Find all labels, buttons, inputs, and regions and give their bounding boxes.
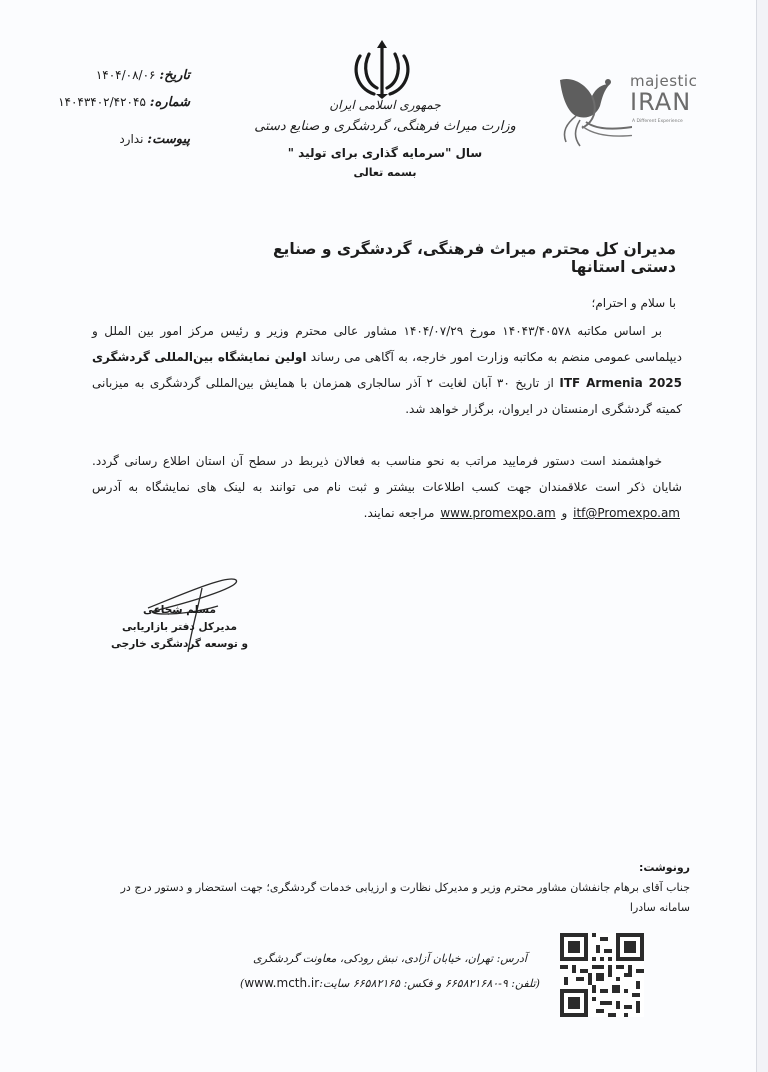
footer: آدرس: تهران، خیابان آزادی، نبش رودکی، مع… [240, 948, 540, 997]
paragraph2-part1: خواهشمند است دستور فرمایید مراتب به نحو … [92, 454, 682, 494]
year-slogan: سال "سرمایه گذاری برای تولید " [250, 142, 520, 164]
cc-section: رونوشت: جناب آقای برهام جانفشان مشاور مح… [90, 858, 690, 918]
website-link[interactable]: www.promexpo.am [438, 506, 557, 520]
number-label: شماره: [150, 95, 190, 110]
logo-tagline: A Different Experience [632, 119, 683, 124]
cc-title: رونوشت: [90, 858, 690, 878]
attachment-row: پیوست: ندارد [20, 126, 190, 153]
date-row: تاریخ: ۱۴۰۴/۰۸/۰۶ [20, 62, 190, 89]
number-value: ۱۴۰۴۳۴۰۲/۴۲۰۴۵ [58, 95, 146, 109]
letter-page: تاریخ: ۱۴۰۴/۰۸/۰۶ شماره: ۱۴۰۴۳۴۰۲/۴۲۰۴۵ … [0, 0, 757, 1072]
phoenix-bird-logo-icon [552, 70, 632, 150]
footer-phone-fax: (تلفن: ۹-۶۶۵۸۲۱۶۸۰ و فکس: ۶۶۵۸۲۱۶۵ سایت: [319, 977, 540, 990]
footer-site-link[interactable]: www.mcth.ir [244, 976, 319, 990]
paragraph2-part2: مراجعه نمایند. [364, 506, 435, 520]
number-row: شماره: ۱۴۰۴۳۴۰۲/۴۲۰۴۵ [20, 89, 190, 116]
paragraph2-conjunction: و [562, 506, 568, 520]
ministry-name: وزارت میراث فرهنگی، گردشگری و صنایع دستی [250, 114, 520, 140]
scan-edge [757, 0, 768, 1072]
logo-line2: IRAN [630, 88, 691, 116]
signatory: مسلم شجاعی مدیرکل دفتر بازاریابی و توسعه… [111, 602, 248, 653]
footer-contact: (تلفن: ۹-۶۶۵۸۲۱۶۸۰ و فکس: ۶۶۵۸۲۱۶۵ سایت:… [240, 970, 540, 997]
email-link[interactable]: itf@Promexpo.am [571, 506, 682, 520]
attachment-value: ندارد [119, 132, 143, 146]
signatory-name: مسلم شجاعی [111, 602, 248, 619]
footer-address: آدرس: تهران، خیابان آزادی، نبش رودکی، مع… [240, 948, 540, 970]
ministry-heading: جمهوری اسلامی ایران وزارت میراث فرهنگی، … [250, 96, 520, 182]
date-label: تاریخ: [159, 68, 190, 83]
qr-code-icon [560, 933, 644, 1017]
date-value: ۱۴۰۴/۰۸/۰۶ [96, 68, 156, 82]
signatory-title-2: و توسعه گردشگری خارجی [111, 636, 248, 653]
body-paragraph-1: بر اساس مکاتبه ۱۴۰۴۳/۴۰۵۷۸ مورخ ۱۴۰۴/۰۷/… [92, 318, 682, 422]
attachment-label: پیوست: [147, 132, 190, 147]
greeting: با سلام و احترام؛ [400, 296, 676, 310]
signature-block: مسلم شجاعی مدیرکل دفتر بازاریابی و توسعه… [118, 568, 258, 658]
majestic-iran-logo: majestic IRAN A Different Experience [560, 70, 700, 150]
event-name: ITF Armenia 2025 [559, 376, 682, 390]
paragraph1-bold: اولین نمایشگاه بین‌المللی گردشگری [92, 350, 307, 364]
addressee: مدیران کل محترم میراث فرهنگی، گردشگری و … [230, 240, 676, 276]
body-paragraph-2: خواهشمند است دستور فرمایید مراتب به نحو … [92, 448, 682, 526]
iran-emblem-icon [350, 38, 414, 100]
signatory-title-1: مدیرکل دفتر بازاریابی [111, 619, 248, 636]
cc-text: جناب آقای برهام جانفشان مشاور محترم وزیر… [90, 878, 690, 918]
country-name: جمهوری اسلامی ایران [250, 96, 520, 114]
invocation: بسمه تعالی [250, 164, 520, 182]
letter-meta: تاریخ: ۱۴۰۴/۰۸/۰۶ شماره: ۱۴۰۴۳۴۰۲/۴۲۰۴۵ … [20, 62, 190, 153]
